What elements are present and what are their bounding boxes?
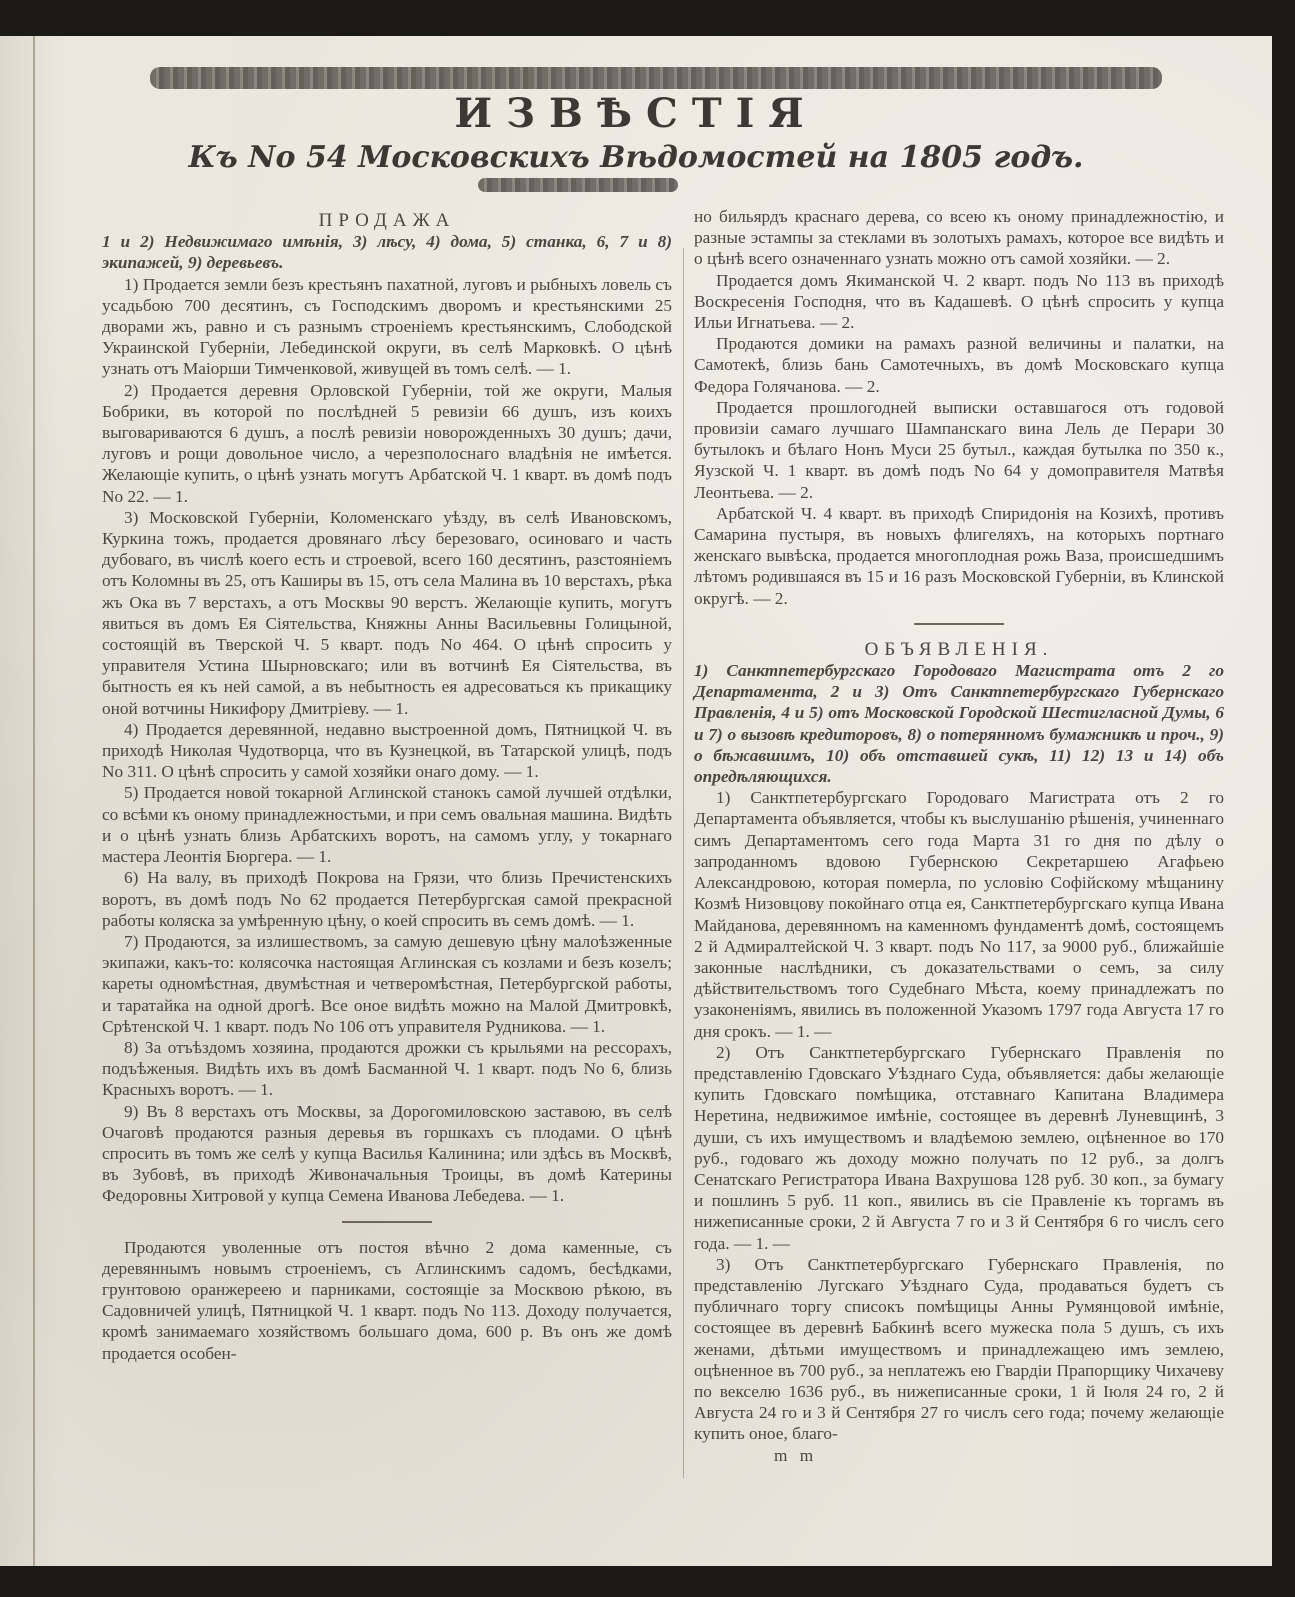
sale-item: 5) Продается новой токарной Аглинской ст… <box>102 782 672 867</box>
masthead-subtitle: Къ No 54 Московскихъ Вѣдомостей на 1805 … <box>0 140 1272 175</box>
masthead-title: ИЗВѢСТІЯ <box>0 90 1272 137</box>
sale-item: 1) Продается земли безъ крестьянъ пахатн… <box>102 274 672 380</box>
section-divider <box>914 623 1004 625</box>
sale-item-houses: Продаются уволенные отъ постоя вѣчно 2 д… <box>102 1237 672 1364</box>
announcements-summary: 1) Санктпетербургскаго Городоваго Магист… <box>694 660 1224 787</box>
sale-item: 9) Въ 8 верстахъ отъ Москвы, за Дорогоми… <box>102 1101 672 1207</box>
sale-item: Арбатской Ч. 4 кварт. въ приходѣ Спиридо… <box>694 503 1224 609</box>
section-divider <box>342 1221 432 1223</box>
sale-item: 8) За отъѣздомъ хозяина, продаются дрожк… <box>102 1037 672 1101</box>
notice-item: 1) Санктпетербургскаго Городоваго Магист… <box>694 787 1224 1041</box>
sales-summary: 1 и 2) Недвижимаго имѣнія, 3) лѣсу, 4) д… <box>102 231 672 273</box>
signature-mark: m m <box>694 1445 1224 1466</box>
masthead-rule-top <box>150 67 1162 89</box>
sale-item: 2) Продается деревня Орловской Губерніи,… <box>102 380 672 507</box>
sale-item: Продается прошлогодней выписки оставшаго… <box>694 397 1224 503</box>
column-divider <box>683 248 684 1478</box>
right-column: но бильярдъ краснаго дерева, со всею къ … <box>694 206 1224 1466</box>
continued-text: но бильярдъ краснаго дерева, со всею къ … <box>694 206 1224 270</box>
masthead-rule-bottom <box>478 178 678 192</box>
section-title-sales: ПРОДАЖА <box>102 210 672 231</box>
notice-item: 3) Отъ Санктпетербургскаго Губернскаго П… <box>694 1254 1224 1445</box>
sale-item: Продаются домики на рамахъ разной величи… <box>694 333 1224 397</box>
left-column: ПРОДАЖА 1 и 2) Недвижимаго имѣнія, 3) лѣ… <box>102 206 672 1364</box>
sale-item: 4) Продается деревянной, недавно выстрое… <box>102 719 672 783</box>
sale-item: 7) Продаются, за излишествомъ, за самую … <box>102 931 672 1037</box>
sale-item: Продается домъ Якиманской Ч. 2 кварт. по… <box>694 270 1224 334</box>
sale-item: 3) Московской Губерніи, Коломенскаго уѣз… <box>102 507 672 719</box>
notice-item: 2) Отъ Санктпетербургскаго Губернскаго П… <box>694 1042 1224 1254</box>
sale-item: 6) На валу, въ приходѣ Покрова на Грязи,… <box>102 867 672 931</box>
section-title-announcements: ОБЪЯВЛЕНІЯ. <box>694 639 1224 660</box>
binding-fold <box>33 36 35 1566</box>
